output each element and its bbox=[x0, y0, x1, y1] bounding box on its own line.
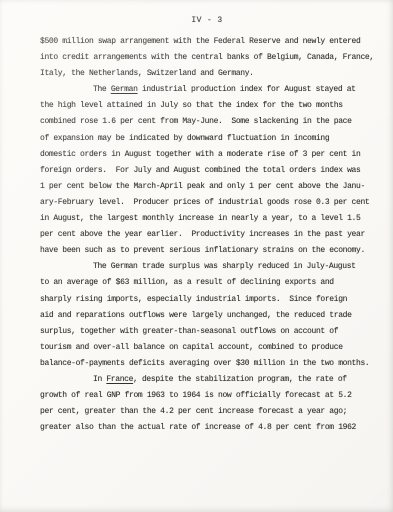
text-line: of expansion may be indicated by downwar… bbox=[40, 131, 374, 147]
paragraph: The German industrial production index f… bbox=[40, 82, 374, 259]
line-segment: , despite the stabilization program, the… bbox=[133, 375, 347, 384]
line-segment: The bbox=[93, 85, 111, 94]
document-page: IV - 3 $500 million swap arrangement wit… bbox=[0, 0, 393, 512]
text-line: have been such as to prevent serious inf… bbox=[40, 243, 374, 259]
paragraph: $500 million swap arrangement with the F… bbox=[40, 34, 374, 82]
text-line: 1 per cent below the March-April peak an… bbox=[40, 179, 374, 195]
text-line: per cent above the year earlier. Product… bbox=[40, 227, 374, 243]
text-line: The German trade surplus was sharply red… bbox=[40, 259, 374, 275]
page-number: IV - 3 bbox=[40, 15, 374, 26]
text-line: aid and reparations outflows were largel… bbox=[40, 308, 374, 324]
line-segment: industrial production index for August s… bbox=[138, 85, 356, 94]
text-line: Italy, the Netherlands, Switzerland and … bbox=[40, 66, 374, 82]
paragraph: In France, despite the stabilization pro… bbox=[40, 372, 374, 436]
text-line: $500 million swap arrangement with the F… bbox=[40, 34, 374, 50]
underlined-word: German bbox=[111, 85, 138, 94]
text-line: balance-of-payments deficits averaging o… bbox=[40, 356, 374, 372]
text-line: ary-February level. Producer prices of i… bbox=[40, 195, 374, 211]
page-content: IV - 3 $500 million swap arrangement wit… bbox=[40, 15, 374, 436]
text-line: sharply rising imports, especially indus… bbox=[40, 292, 374, 308]
text-line: domestic orders in August together with … bbox=[40, 147, 374, 163]
text-line: foreign orders. For July and August comb… bbox=[40, 163, 374, 179]
text-line: In France, despite the stabilization pro… bbox=[40, 372, 374, 388]
text-line: combined rose 1.6 per cent from May-June… bbox=[40, 114, 374, 130]
text-line: surplus, together with greater-than-seas… bbox=[40, 324, 374, 340]
text-line: into credit arrangements with the centra… bbox=[40, 50, 374, 66]
text-line: to an average of $63 million, as a resul… bbox=[40, 275, 374, 291]
paragraph: The German trade surplus was sharply red… bbox=[40, 259, 374, 372]
text-line: in August, the largest monthly increase … bbox=[40, 211, 374, 227]
text-line: per cent, greater than the 4.2 per cent … bbox=[40, 404, 374, 420]
text-line: growth of real GNP from 1963 to 1964 is … bbox=[40, 388, 374, 404]
text-line: tourism and over-all balance on capital … bbox=[40, 340, 374, 356]
underlined-word: France bbox=[106, 375, 133, 384]
text-line: The German industrial production index f… bbox=[40, 82, 374, 98]
text-line: greater also than the actual rate of inc… bbox=[40, 420, 374, 436]
text-line: the high level attained in July so that … bbox=[40, 98, 374, 114]
line-segment: In bbox=[93, 375, 106, 384]
